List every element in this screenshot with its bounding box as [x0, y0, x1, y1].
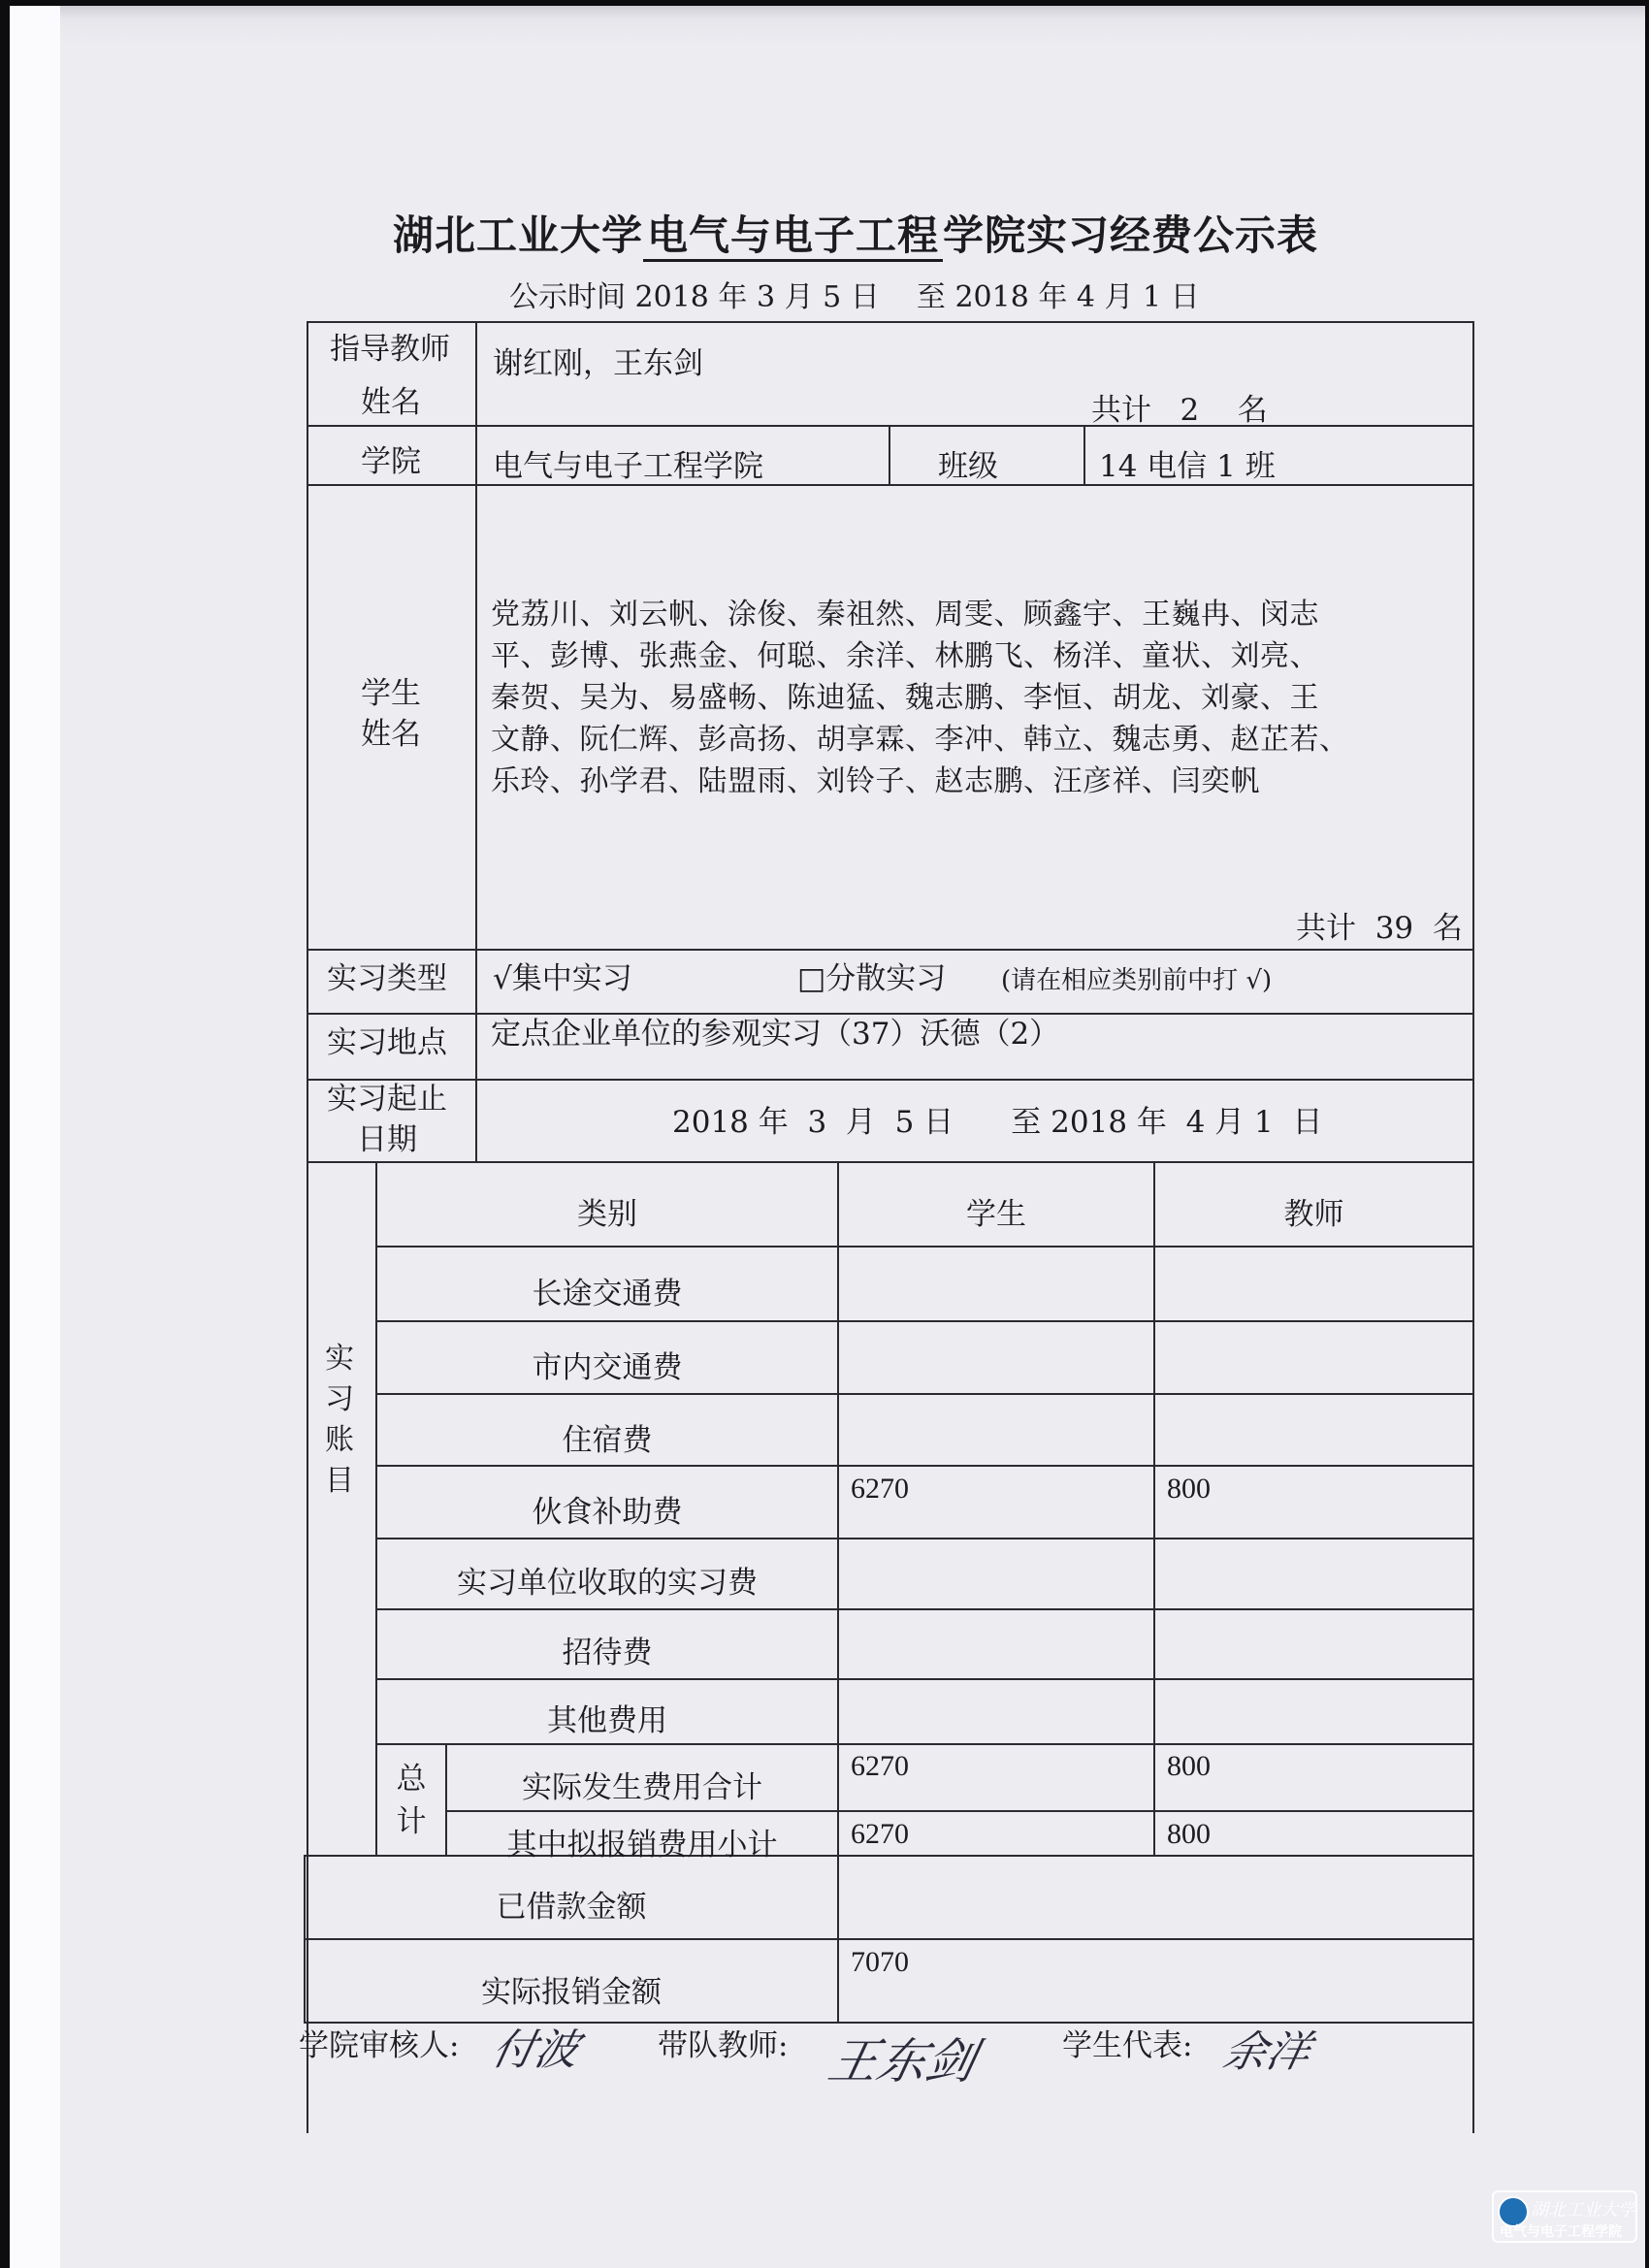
student-names-line: 秦贺、吴为、易盛畅、陈迪猛、魏志鹏、李恒、胡龙、刘豪、王 — [491, 677, 1461, 719]
publish-to-label: 至 — [917, 280, 946, 314]
type-label: 实习类型 — [327, 964, 447, 994]
student-names-line: 文静、阮仁辉、彭高扬、胡享霖、李冲、韩立、魏志勇、赵芷若、 — [491, 719, 1461, 761]
borrowed-label: 已借款金额 — [306, 1882, 837, 1926]
student-names-line: 平、彭博、张燕金、何聪、余洋、林鹏飞、杨洋、童状、刘亮、 — [491, 635, 1461, 677]
title-suffix: 学院实习经费公示表 — [943, 211, 1318, 259]
college-value: 电气与电子工程学院 — [493, 452, 763, 482]
reviewer-signature: 付波 — [488, 2029, 582, 2072]
total-reimburse-student: 6270 — [851, 1820, 909, 1849]
header-student: 学生 — [839, 1189, 1153, 1233]
watermark-line-1: 湖北工业大学 — [1531, 2196, 1635, 2221]
header-category: 类别 — [377, 1189, 837, 1233]
reviewer-label: 学院审核人: — [299, 2031, 459, 2061]
publish-to: 2018 年 4 月 1 日 — [954, 280, 1199, 314]
total-actual-label: 实际发生费用合计 — [447, 1763, 837, 1806]
row-category: 实习单位收取的实习费 — [377, 1558, 837, 1602]
class-value: 14 电信 1 班 — [1099, 452, 1276, 482]
row-category: 伙食补助费 — [377, 1487, 837, 1531]
row-category: 招待费 — [377, 1628, 837, 1671]
students-count: 共计 39 名 — [1296, 914, 1463, 944]
college-label: 学院 — [361, 447, 421, 477]
student-rep-signature: 余洋 — [1219, 2031, 1313, 2074]
type-note: (请在相应类别前中打 √) — [1001, 968, 1272, 993]
dates-label-2: 日期 — [357, 1125, 417, 1155]
row-category: 长途交通费 — [377, 1269, 837, 1312]
page-title: 湖北工业大学电气与电子工程学院实习经费公示表 — [393, 215, 1318, 256]
title-college: 电气与电子工程 — [643, 211, 943, 262]
type-option-centralized[interactable]: √集中实习 — [493, 964, 632, 994]
teacher-count: 共计 2 名 — [1091, 396, 1268, 426]
actual-label: 实际报销金额 — [306, 1967, 837, 2011]
publish-period: 公示时间 2018 年 3 月 5 日 至 2018 年 4 月 1 日 — [509, 283, 1200, 312]
total-actual-teacher: 800 — [1167, 1752, 1211, 1781]
row-category: 住宿费 — [377, 1415, 837, 1459]
row-category: 其他费用 — [377, 1696, 837, 1739]
total-reimburse-teacher: 800 — [1167, 1820, 1211, 1849]
students-label-1: 学生 — [361, 679, 421, 709]
class-label: 班级 — [938, 452, 998, 482]
student-names-list: 党荔川、刘云帆、涂俊、秦祖然、周雯、顾鑫宇、王巍冉、闵志 平、彭博、张燕金、何聪… — [491, 594, 1461, 802]
location-label: 实习地点 — [327, 1028, 447, 1058]
accounts-section-label: 实 习 账 目 — [318, 1339, 361, 1502]
publish-from: 2018 年 3 月 5 日 — [635, 280, 880, 314]
college-watermark: 湖北工业大学 电气与电子工程学院 — [1492, 2190, 1637, 2243]
row-teacher-value: 800 — [1167, 1474, 1211, 1504]
teacher-label-2: 姓名 — [361, 388, 421, 418]
dates-value: 2018 年 3 月 5 日 至 2018 年 4 月 1 日 — [672, 1108, 1322, 1138]
total-label: 总 计 — [377, 1758, 445, 1843]
row-category: 市内交通费 — [377, 1343, 837, 1386]
student-rep-label: 学生代表: — [1062, 2031, 1192, 2061]
location-value: 定点企业单位的参观实习（37）沃德（2） — [491, 1020, 1059, 1050]
student-names-line: 党荔川、刘云帆、涂俊、秦祖然、周雯、顾鑫宇、王巍冉、闵志 — [491, 594, 1461, 635]
row-student-value: 6270 — [851, 1474, 909, 1504]
publish-label: 公示时间 — [509, 280, 626, 314]
students-label-2: 姓名 — [361, 720, 421, 750]
teacher-sig-label: 带队教师: — [658, 2031, 788, 2061]
dates-label-1: 实习起止 — [327, 1085, 447, 1115]
title-university: 湖北工业大学 — [393, 211, 643, 259]
actual-value: 7070 — [851, 1948, 909, 1977]
watermark-line-2: 电气与电子工程学院 — [1500, 2221, 1622, 2241]
teacher-names: 谢红刚，王东剑 — [493, 349, 703, 379]
teacher-signature: 王东剑 — [824, 2037, 981, 2086]
type-option-dispersed[interactable]: □分散实习 — [797, 964, 946, 994]
teacher-label-1: 指导教师 — [330, 335, 450, 365]
total-actual-student: 6270 — [851, 1752, 909, 1781]
student-names-line: 乐玲、孙学君、陆盟雨、刘铃子、赵志鹏、汪彦祥、闫奕帆 — [491, 761, 1461, 802]
total-reimburse-label: 其中拟报销费用小计 — [447, 1820, 837, 1863]
header-teacher: 教师 — [1155, 1189, 1472, 1233]
